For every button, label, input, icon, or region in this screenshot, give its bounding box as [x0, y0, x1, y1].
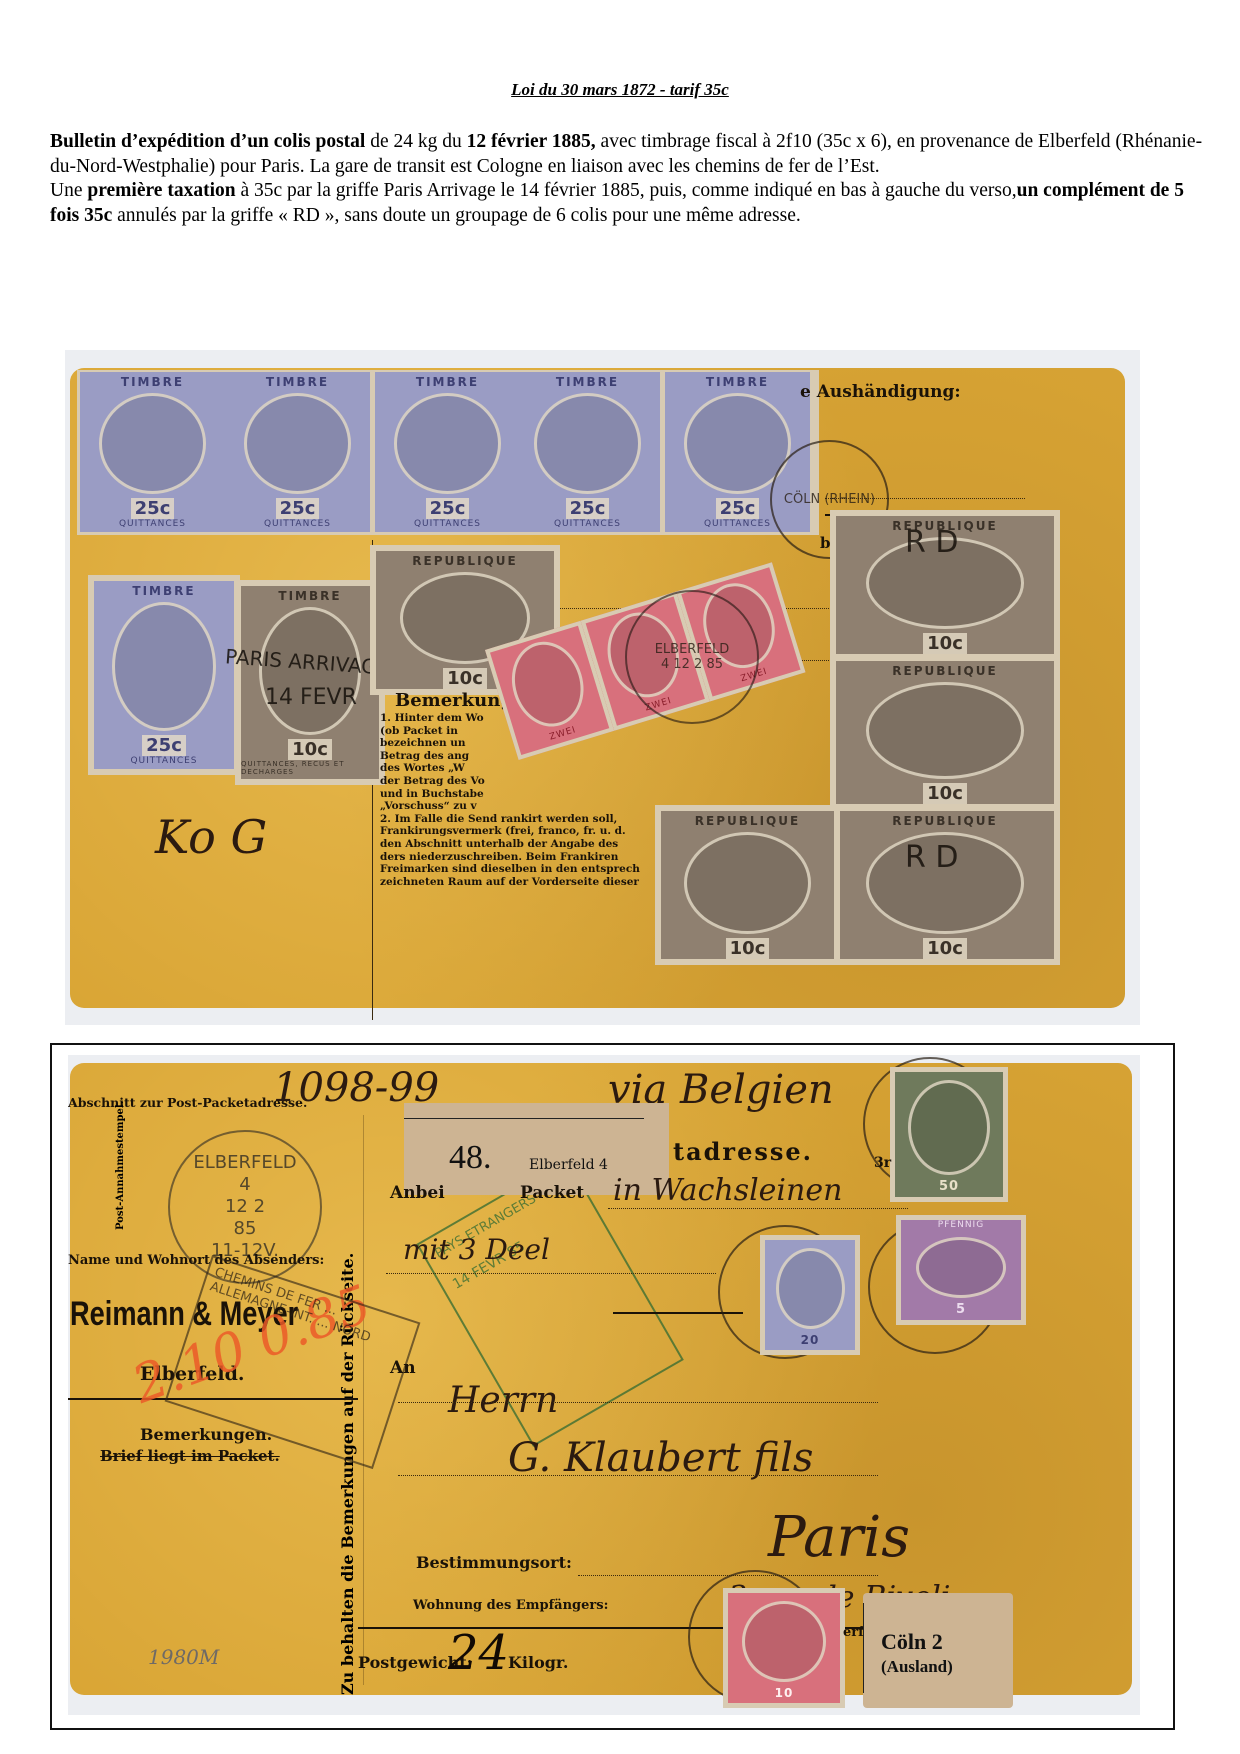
verf-fragment: erf	[843, 1625, 864, 1640]
coln-label: Cöln 2 (Ausland)	[863, 1593, 1013, 1708]
numeral-oval-icon	[501, 633, 593, 736]
weight-value: 24	[448, 1625, 509, 1681]
postmark-line: 85	[234, 1218, 257, 1240]
dotted-line	[386, 1273, 716, 1274]
note-line: zeichneten Raum auf der Vorderseite dies…	[380, 876, 640, 889]
bold-text: Bulletin d’expédition d’un colis postal	[50, 131, 365, 152]
stamp-top: REPUBLIQUE	[892, 814, 997, 828]
stamp-value: 20	[801, 1333, 820, 1347]
stamp-20-pfennig: 20	[760, 1235, 860, 1355]
note-line: der Betrag des Vo	[380, 775, 640, 788]
eagle-icon	[908, 1080, 990, 1175]
stamp-value: 50	[939, 1179, 959, 1194]
wohnung-label: Wohnung des Empfängers:	[413, 1598, 608, 1613]
bestimmungsort-label: Bestimmungsort:	[416, 1553, 572, 1572]
stamp-bottom: QUITTANCES, RECUS ET DECHARGES	[241, 760, 379, 776]
stamp-value: 25c	[566, 498, 610, 519]
fiscal-stamp-25c: TIMBRE25cQUITTANCES	[375, 372, 520, 532]
stamp-bottom: QUITTANCES	[264, 519, 331, 529]
packet-label: Packet	[520, 1183, 584, 1203]
dotted-line	[398, 1475, 878, 1476]
stamp-10-pfennig: 10	[723, 1588, 845, 1708]
handwritten-note: Ko G	[155, 810, 267, 864]
stamp-bottom: QUITTANCES	[704, 519, 771, 529]
stamp-value: 10c	[923, 633, 967, 654]
stamp-top: TIMBRE	[266, 375, 329, 389]
postmark-name: ELBERFELD	[193, 1152, 296, 1174]
stamp-top: TIMBRE	[556, 375, 619, 389]
name-wohnort-label: Name und Wohnort des Absenders:	[68, 1253, 324, 1268]
text: annulés par la griffe « RD », sans doute…	[112, 205, 800, 226]
brief-struck: Brief liegt im Packet.	[100, 1447, 280, 1465]
postmark-paris-date: 14 FEVR	[265, 685, 357, 710]
stamp-top: TIMBRE	[121, 375, 184, 389]
note-line: 2. Im Falle die Send rankirt werden soll…	[380, 813, 640, 826]
anbei-label: Anbei	[390, 1183, 445, 1203]
coln-label-line1: Cöln 2	[881, 1629, 943, 1655]
stamp-top: TIMBRE	[416, 375, 479, 389]
dotted-line	[608, 1208, 908, 1209]
stamp-value: 10c	[923, 938, 967, 959]
description-paragraph: Bulletin d’expédition d’un colis postal …	[50, 130, 1210, 228]
stamp-value: 25c	[276, 498, 320, 519]
stamp-5-pfennig: PFENNIG 5	[896, 1215, 1026, 1325]
fiscal-stamp-25c: TIMBRE25cQUITTANCES	[80, 372, 225, 532]
pencil-note: 1980M	[148, 1645, 219, 1669]
stamp-value: 25c	[716, 498, 760, 519]
bold-text: 12 février 1885,	[467, 131, 596, 152]
handwritten-packet: in Wachsleinen	[613, 1173, 842, 1208]
rd-cancel: R D	[905, 525, 958, 560]
stamp-bottom: QUITTANCES	[130, 756, 197, 766]
label-office: Elberfeld 4	[529, 1157, 608, 1173]
portrait-icon	[866, 682, 1025, 779]
fiscal-stamp-25c: TIMBRE25cQUITTANCES	[515, 372, 660, 532]
abschnitt-title: Abschnitt zur Post-Packetadresse.	[68, 1095, 307, 1110]
bemerkungen-notes: 1. Hinter dem Wo(ob Packet inbezeichnen …	[380, 712, 640, 888]
stamp-value: 10c	[726, 938, 770, 959]
note-line: bezeichnen un	[380, 737, 640, 750]
stamp-label: ZWEI	[548, 725, 577, 743]
stamp-bottom: QUITTANCES	[119, 519, 186, 529]
portrait-icon	[99, 393, 207, 494]
postmark-text: CÖLN (RHEIN)	[784, 492, 875, 507]
note-line: Freimarken sind dieselben in den entspre…	[380, 863, 640, 876]
stamp-top: TIMBRE	[706, 375, 769, 389]
fiscal-stamp-10c: TIMBRE10cQUITTANCES, RECUS ET DECHARGES	[235, 580, 385, 785]
verso-photo: TIMBRE25cQUITTANCESTIMBRE25cQUITTANCESTI…	[65, 350, 1140, 1025]
portrait-icon	[394, 393, 502, 494]
annahmestempel-label: Post-Annahmestempel.	[115, 1101, 126, 1230]
side-fragment: 3r	[874, 1155, 891, 1171]
portrait-icon	[684, 832, 811, 934]
stamp-value: 25c	[142, 735, 186, 756]
portrait-icon	[112, 602, 216, 731]
eagle-icon	[742, 1601, 826, 1682]
eagle-icon	[776, 1248, 845, 1329]
stamp-top: TIMBRE	[278, 589, 341, 603]
fiscal-stamp-10c-right-3: REPUBLIQUE10c	[830, 805, 1060, 965]
text: à 35c par la griffe Paris Arrivage le 14…	[236, 180, 1017, 201]
dotted-line	[398, 1402, 878, 1403]
stamp-value: 10c	[923, 783, 967, 804]
fiscal-stamp-25c: TIMBRE25cQUITTANCES	[88, 575, 240, 775]
text: de 24 kg du	[365, 131, 466, 152]
stamp-top: REPUBLIQUE	[412, 554, 517, 568]
stamp-value: 10c	[288, 739, 332, 760]
stamp-top: REPUBLIQUE	[892, 664, 997, 678]
stamp-50-pfennig: 50	[890, 1067, 1008, 1202]
stamp-value: 25c	[131, 498, 175, 519]
postmark-date: 4 12 2 85	[661, 657, 723, 672]
stamp-value: 10	[775, 1686, 794, 1700]
bestimmungsort-value: Paris	[768, 1505, 910, 1570]
note-line: ders niederzuschreiben. Beim Frankiren	[380, 851, 640, 864]
postmark-text: ELBERFELD	[655, 642, 730, 657]
label-line	[404, 1118, 644, 1119]
fiscal-stamp-10c-right-2: REPUBLIQUE10c	[830, 655, 1060, 810]
recto-photo: 1098-99 via Belgien Abschnitt zur Post-P…	[68, 1055, 1140, 1715]
stamp-top: TIMBRE	[132, 584, 195, 598]
stamp-bottom: QUITTANCES	[414, 519, 481, 529]
fiscal-stamp-25c: TIMBRE25cQUITTANCES	[225, 372, 370, 532]
stamp-value: 5	[956, 1302, 966, 1317]
handwritten-mit: mit 3 Deel	[403, 1233, 550, 1266]
coln-label-line2: (Ausland)	[881, 1657, 953, 1677]
postmark-line: 4	[239, 1174, 250, 1196]
label-number: 48.	[449, 1139, 492, 1177]
form-aushaendigung: e Aushändigung:	[800, 382, 961, 402]
note-line: Frankirungsvermerk (frei, franco, fr. u.…	[380, 825, 640, 838]
rd-cancel: R D	[905, 840, 958, 875]
portrait-icon	[244, 393, 352, 494]
fiscal-stamp-10c-bottom: REPUBLIQUE10c	[655, 805, 840, 965]
note-line: des Wortes „W	[380, 762, 640, 775]
recipient-line1: Herrn	[448, 1380, 558, 1421]
stamp-top: REPUBLIQUE	[695, 814, 800, 828]
postmark-line: 12 2	[225, 1196, 265, 1218]
form-title-fragment: tadresse.	[673, 1137, 813, 1166]
text: Une	[50, 180, 87, 201]
note-line: den Abschnitt unterhalb der Angabe des	[380, 838, 640, 851]
portrait-icon	[534, 393, 642, 494]
stamp-value: 10c	[443, 668, 487, 689]
note-line: Betrag des ang	[380, 750, 640, 763]
note-line: und in Buchstabe	[380, 788, 640, 801]
heading: Loi du 30 mars 1872 - tarif 35c	[0, 80, 1240, 100]
note-line: „Vorschuss“ zu v	[380, 800, 640, 813]
postmark-elberfeld: ELBERFELD4 12 2 85	[625, 590, 759, 724]
bold-text: première taxation	[87, 180, 235, 201]
stamp-label: PFENNIG	[938, 1220, 984, 1230]
kilogr-label: Kilogr.	[508, 1653, 568, 1672]
numeral-oval-icon	[916, 1237, 1006, 1298]
label-line	[863, 1603, 864, 1693]
stamp-bottom: QUITTANCES	[554, 519, 621, 529]
stamp-value: 25c	[426, 498, 470, 519]
an-label: An	[390, 1358, 416, 1378]
